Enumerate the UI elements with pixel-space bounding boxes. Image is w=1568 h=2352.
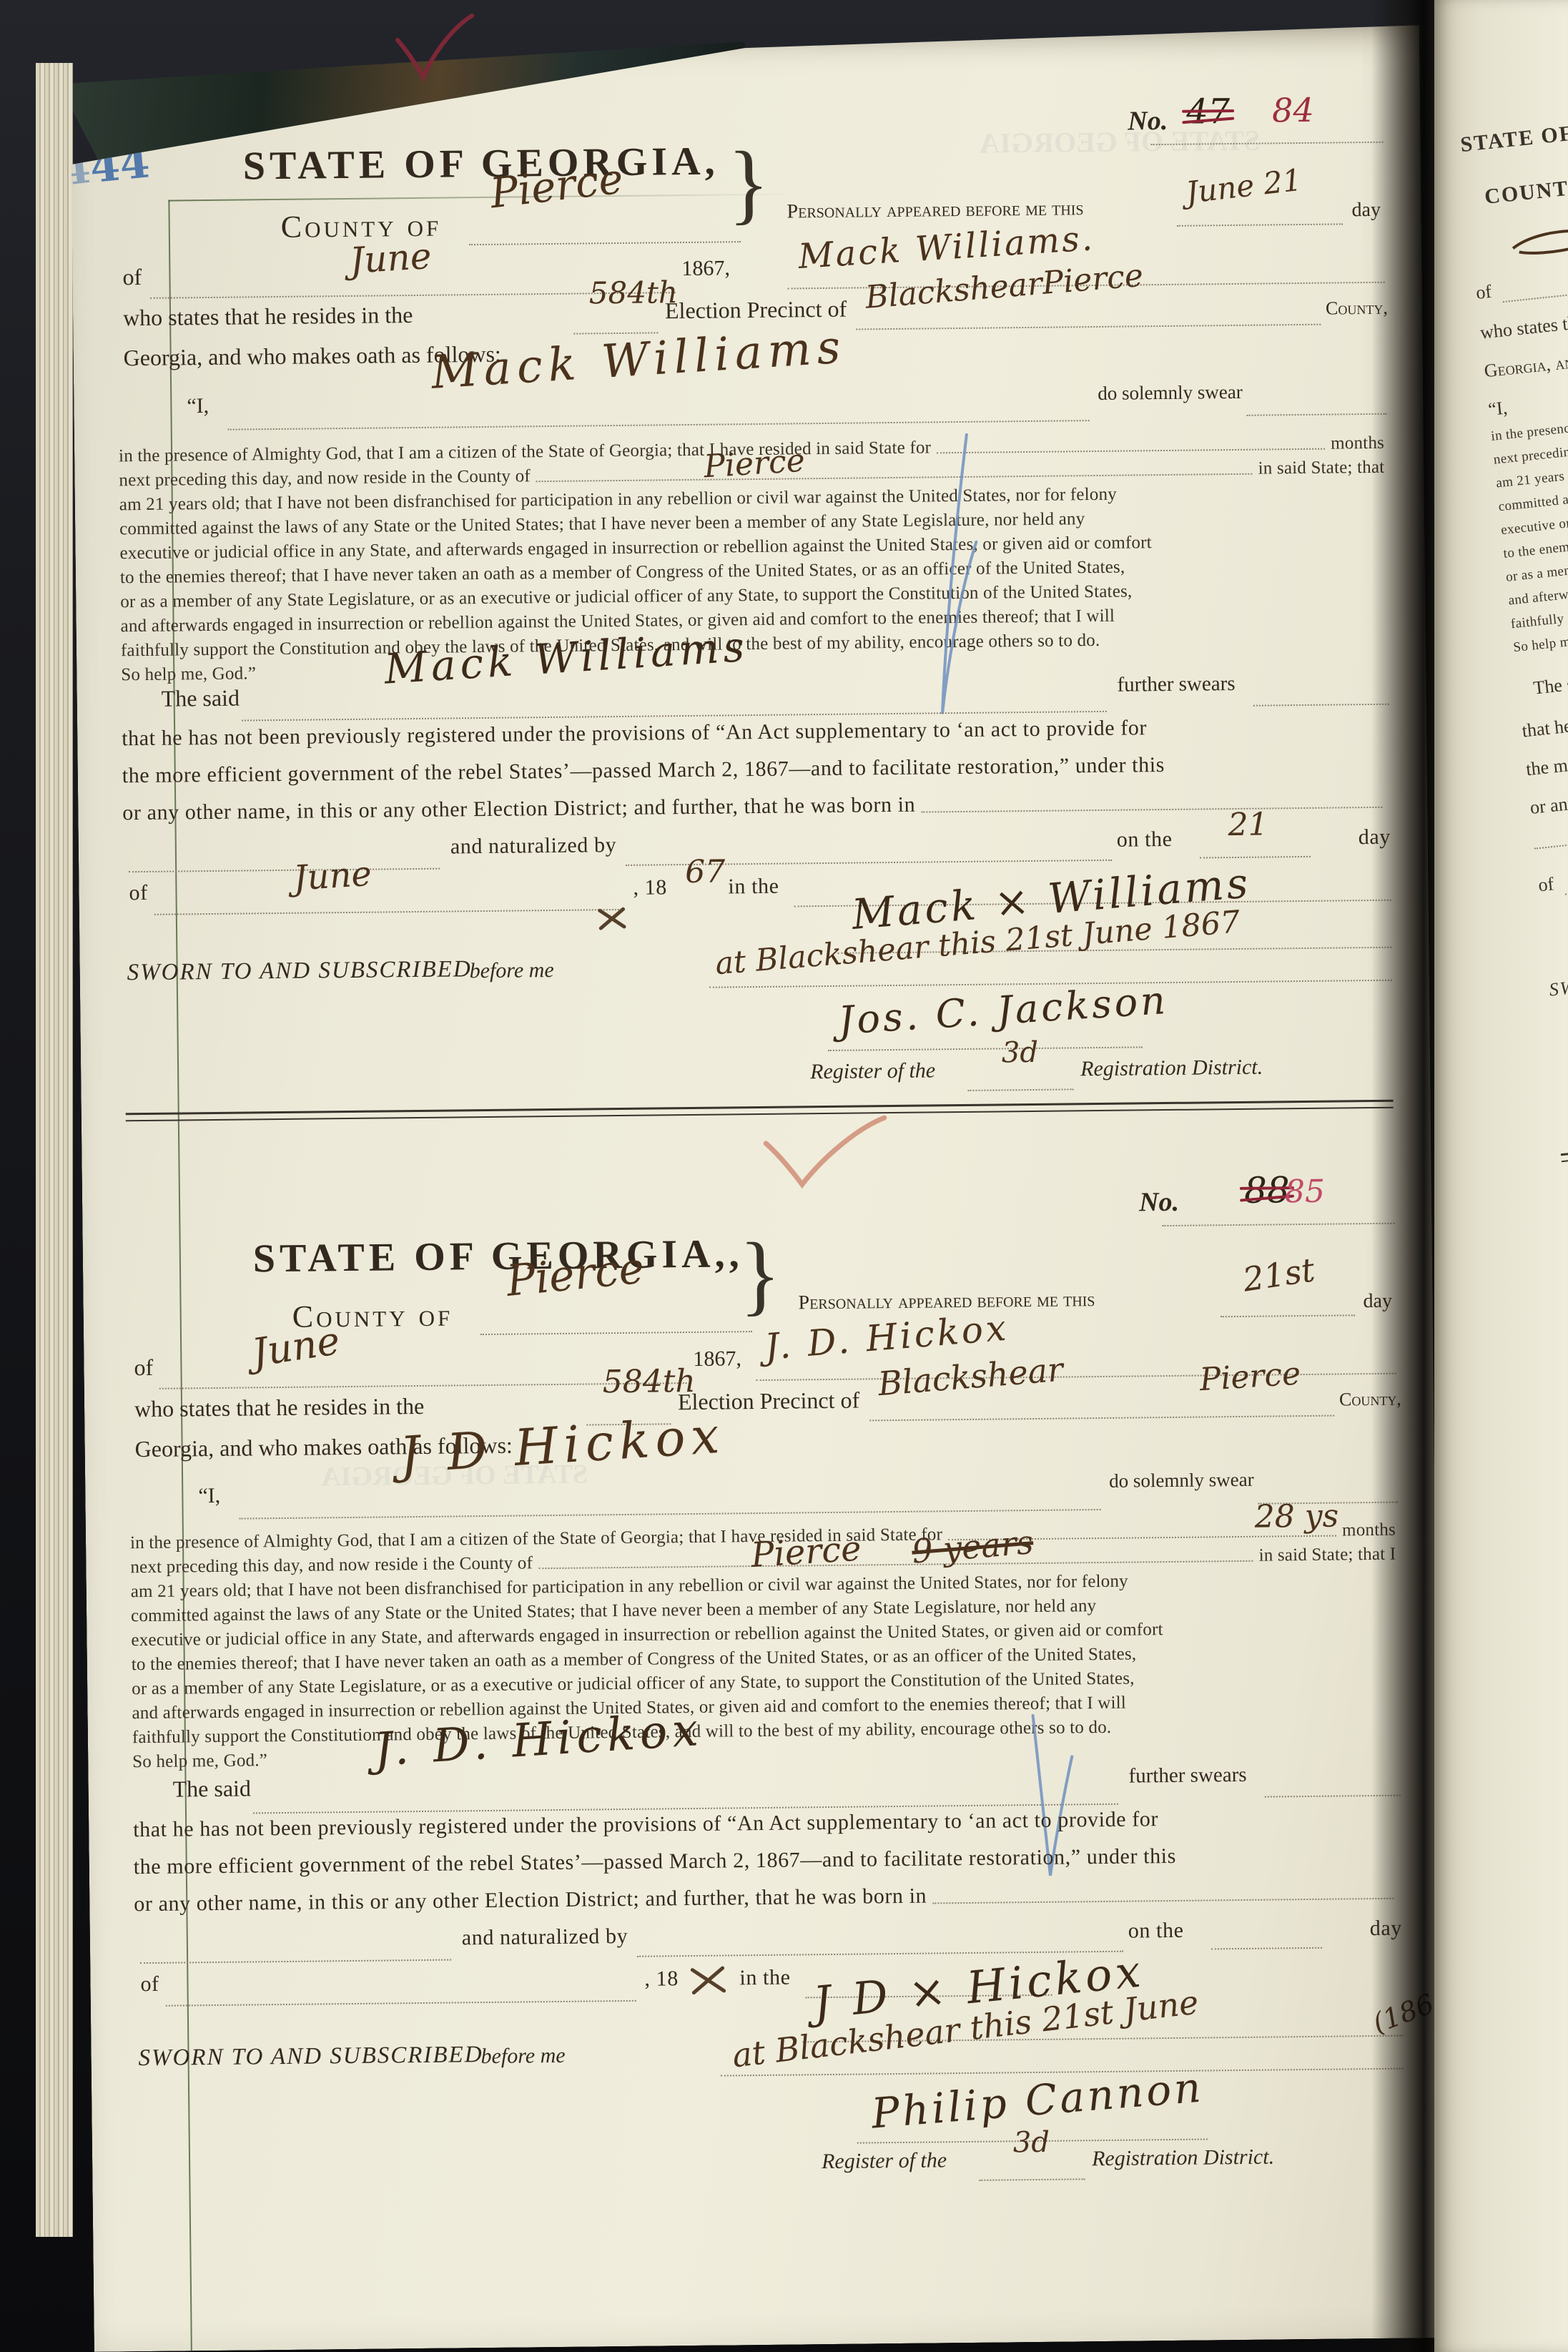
form2-place-dotted-line — [869, 1414, 1334, 1422]
form1-appearance-date: June 21 — [1184, 162, 1303, 210]
rp-dotted-line — [1503, 289, 1568, 303]
form2-inthe-label: in the — [739, 1966, 790, 1991]
handwriting-loop-icon — [1507, 217, 1568, 262]
form2-year-label: 1867, — [693, 1347, 741, 1372]
form2-registered-line: or any other name, in this or any other … — [134, 1879, 1399, 1917]
rp-line: am 21 years old; tha — [1495, 464, 1568, 492]
rp-line: The said — [1532, 671, 1568, 699]
form2-swear-label: do solemnly swear — [1109, 1469, 1254, 1492]
pen-x-mark-icon — [687, 1958, 729, 2000]
form1-swear-label: do solemnly swear — [1098, 381, 1243, 405]
form1-born-day: 21 — [1228, 807, 1268, 844]
form2-date-dotted-line — [1221, 1313, 1355, 1317]
ledger-left-page: STATE OF GEORGIA STATE OF GEORGIA 4 44 N… — [70, 25, 1444, 2352]
form2-precinct-place: Blackshear — [877, 1350, 1065, 1404]
form2-no-value: 85 — [1285, 1173, 1326, 1211]
form2-no-dotted-line — [1162, 1221, 1394, 1226]
rp-line: So help me, God.” — [1512, 629, 1568, 656]
right-page-content: STATE OF ( COUNTY ( of who states that h… — [1441, 0, 1568, 2337]
form2-appearance-date: 21st — [1241, 1250, 1318, 1299]
form1-personally-label: Personally appeared before me this — [787, 197, 1083, 223]
ledger-right-page: STATE OF ( COUNTY ( of who states that h… — [1434, 0, 1568, 2352]
form2-i-label: “I, — [198, 1484, 220, 1508]
form1-resides-label: who states that he resides in the — [123, 302, 413, 331]
form2-personally-label: Personally appeared before me this — [798, 1289, 1095, 1314]
rp-line: faithfully support the — [1510, 604, 1568, 633]
form1-registered-line: that he has not been previously register… — [122, 716, 1147, 751]
form2-precinct-county: Pierce — [1198, 1355, 1301, 1398]
form1-e18-label: , 18 — [633, 875, 667, 900]
form2-months-value: 28 ys — [1254, 1498, 1338, 1535]
form1-register-label: Register of the — [810, 1058, 935, 1084]
form1-brace: } — [727, 131, 769, 235]
page-edges-stack — [36, 63, 73, 2237]
form2-i-dotted-line — [240, 1507, 1101, 1520]
form1-day-dotted-line — [1200, 855, 1311, 859]
pen-x-mark-icon — [596, 900, 628, 933]
form2-naturalized-label: and naturalized by — [462, 1924, 628, 1950]
form2-day-dotted-line — [1211, 1946, 1322, 1950]
page-border-horizontal-rule — [168, 193, 797, 201]
form1-no-label: No. — [1128, 105, 1168, 137]
rp-line: who states that he — [1479, 308, 1568, 343]
form1-no-crossed-out: 47 — [1186, 92, 1231, 132]
form1-of-label: of — [122, 264, 142, 290]
form1-no-value: 84 — [1272, 91, 1314, 130]
rp-line: committed against the — [1498, 486, 1568, 515]
rp-line: in the presence of Al — [1490, 417, 1568, 445]
form1-district-dotted-line — [967, 1087, 1073, 1091]
form1-sworn-label: SWORN TO AND SUBSCRIBED — [127, 956, 471, 986]
form1-year-label: 1867, — [681, 256, 730, 281]
salmon-check-icon — [757, 1112, 894, 1196]
form2-month-value: June — [249, 1318, 342, 1376]
form1-state-heading: STATE OF GEORGIA, — [243, 139, 719, 190]
rp-line: next preceding this da — [1493, 439, 1568, 468]
form2-register-label: Register of the — [822, 2148, 947, 2174]
form1-swears-label: further swears — [1117, 672, 1235, 697]
form2-oath-county: Pierce — [750, 1529, 863, 1576]
rp-dotted-line — [1534, 833, 1568, 850]
form1-district-number: 3d — [1002, 1036, 1039, 1070]
form2-swears-label: further swears — [1128, 1763, 1246, 1788]
form2-of2-dotted-line — [166, 1999, 636, 2007]
form2-state-heading: STATE OF GEORGIA,, — [253, 1231, 744, 1281]
rp-line: COUNTY ( — [1484, 173, 1568, 210]
form1-district-label: Registration District. — [1080, 1056, 1263, 1082]
form2-e18-label: , 18 — [644, 1967, 679, 1991]
form1-onthe-label: on the — [1117, 827, 1173, 852]
form2-oath-name: J D Hickox — [398, 1406, 726, 1485]
form2-district-dotted-line — [979, 2177, 1085, 2181]
rp-line: of — [1537, 873, 1555, 896]
rp-line: of — [1475, 281, 1493, 304]
form2-onthe-label: on the — [1128, 1919, 1184, 1944]
form1-year2: 67 — [685, 853, 726, 890]
rp-line: “I, — [1487, 397, 1509, 420]
form1-date-dotted-line — [1177, 222, 1343, 226]
form2-beforeme-label: before me — [480, 2044, 565, 2069]
form1-i-label: “I, — [187, 394, 209, 418]
rp-line: the more efficient — [1525, 745, 1568, 780]
form2-sworn-label: SWORN TO AND SUBSCRIBED — [138, 2042, 483, 2072]
rp-line: SWORN TO A — [1548, 967, 1568, 1000]
book-gutter-shadow — [1371, 0, 1437, 2352]
form2-no-label: No. — [1139, 1186, 1179, 1219]
form1-registrar-dotted-line — [828, 1045, 1143, 1051]
form2-no-crossed-out: 88 — [1244, 1169, 1290, 1211]
form1-registered-line: the more efficient government of the reb… — [122, 753, 1165, 788]
form2-resides-label: who states that he resides in the — [134, 1393, 425, 1422]
form2-said-label: The said — [172, 1775, 251, 1802]
rp-line: STATE OF ( — [1459, 120, 1568, 158]
form1-swear-dotted-line — [1247, 412, 1387, 416]
form2-of-label: of — [134, 1354, 153, 1381]
form1-of2-label: of — [129, 881, 148, 905]
form2-district-label: Registration District. — [1092, 2145, 1274, 2172]
form1-registrar-signature: Jos. C. Jackson — [837, 978, 1170, 1043]
form1-inthe-label: in the — [728, 875, 779, 900]
form2-district-number: 3d — [1013, 2126, 1050, 2160]
form1-of2-dotted-line — [154, 907, 625, 915]
form1-oath-county: Pierce — [703, 443, 806, 486]
form2-oath-line: So help me, God.” — [132, 1751, 267, 1772]
maroon-check-icon — [392, 13, 478, 84]
form1-county-dotted-line — [469, 240, 741, 245]
form1-beforeme-label: before me — [469, 958, 553, 983]
form2-brace: } — [739, 1222, 781, 1326]
rp-line: Georgia, and who — [1483, 347, 1568, 383]
form1-place-dotted-line — [856, 323, 1321, 330]
form1-naturalized-label: and naturalized by — [450, 833, 617, 859]
form1-said-label: The said — [161, 685, 240, 712]
form1-election-label: Election Precinct of — [665, 296, 847, 325]
form1-swears-dotted-line — [1253, 702, 1389, 707]
blue-check-icon — [875, 429, 992, 738]
rp-divider-rule — [1561, 1136, 1568, 1156]
rp-line: or any other name — [1529, 783, 1568, 819]
rp-line: or as a member of an — [1505, 557, 1568, 585]
form1-born-month: June — [292, 854, 373, 899]
form2-county-dotted-line — [480, 1329, 752, 1335]
form1-month-value: June — [349, 235, 433, 282]
rp-line: that he has not be — [1521, 707, 1568, 742]
form1-oath-line: So help me, God.” — [121, 664, 256, 685]
form1-registered-line: or any other name, in this or any other … — [122, 788, 1388, 826]
form2-of2-label: of — [140, 1972, 159, 1997]
rp-dotted-line — [1565, 881, 1568, 895]
